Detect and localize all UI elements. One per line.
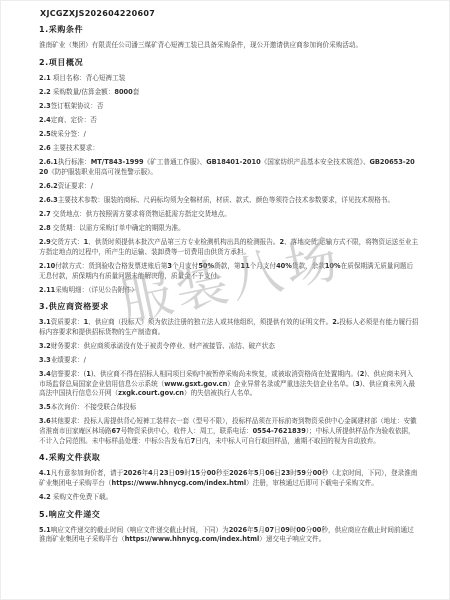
para-2-8: 2.8 交货期：以需方采购订单中确定的期限为准。 [39,224,419,234]
para-2-6-1: 2.6.1执行标准：MT/T843-1999《矿工普通工作服》、GB18401-… [39,158,419,177]
document-page: XJCGZXJS202604220607 1.采购条件 淮南矿业（集团）有限责任… [0,0,450,600]
para-2-7: 2.7 交货地点：供方按照需方要求将货物运抵需方指定交货地点。 [39,210,419,220]
para-2-10: 2.10付款方式：货到验收合格发票进账后第3个月支付50%货款，第11个月支付4… [39,262,419,281]
para-3-4: 3.4信誉要求：(1)、供应商不得在招标人相同项目采购中被暂停采购尚未恢复，或被… [39,370,419,399]
para-3-1: 3.1资质要求：1、供应商（投标人）须为依法注册的独立法人或其他组织，须提供有效… [39,318,419,337]
section-response-submission: 5.响应文件递交 5.1响应文件递交的截止时间（响应文件递交截止时间，下同）为2… [39,510,419,545]
para-2-6-3: 2.6.3主要技术参数：服装的商标、尺码标均须为全棉材质，材质、款式、颜色等须符… [39,196,419,206]
heading-project-overview: 2.项目概况 [39,58,419,68]
para-2-9: 2.9交货方式：1、供货时须提供本批次产品第三方专业检测机构出具的检测报告。2、… [39,238,419,257]
section-project-overview: 2.项目概况 2.1 项目名称：背心短裤工装 2.2 采购数量/估算金额：800… [39,58,419,296]
para-2-6: 2.6 主要技术要求： [39,144,419,154]
para-4-2: 4.2 采购文件免费下载。 [39,493,419,503]
para-3-3: 3.3业绩要求：/ [39,356,419,366]
para-2-1: 2.1 项目名称：背心短裤工装 [39,74,419,84]
para-purchase-conditions: 淮南矿业（集团）有限责任公司潘三煤矿背心短裤工装已具备采购条件，现公开邀请供应商… [39,41,419,51]
para-2-6-2: 2.6.2资证要求：/ [39,182,419,192]
para-4-1: 4.1凡有意参加询价者，请于2026年4月23日09时15分00秒至2026年5… [39,469,419,488]
section-purchase-conditions: 1.采购条件 淮南矿业（集团）有限责任公司潘三煤矿背心短裤工装已具备采购条件，现… [39,25,419,51]
para-3-6: 3.6其他要求：投标人需提供背心短裤工装样衣一套（型号不限），投标样品须在开标前… [39,417,419,446]
heading-supplier-qualifications: 3.供应商资格要求 [39,302,419,312]
section-document-acquisition: 4.采购文件获取 4.1凡有意参加询价者，请于2026年4月23日09时15分0… [39,453,419,502]
para-5-1: 5.1响应文件递交的截止时间（响应文件递交截止时间，下同）为2026年5月07日… [39,526,419,545]
para-2-11: 2.11采购明细：（详见公告附件） [39,286,419,296]
heading-response-submission: 5.响应文件递交 [39,510,419,520]
section-supplier-qualifications: 3.供应商资格要求 3.1资质要求：1、供应商（投标人）须为依法注册的独立法人或… [39,302,419,446]
para-3-5: 3.5本次询价：不接受联合体投标 [39,403,419,413]
para-2-4: 2.4定商、定价：否 [39,116,419,126]
document-number-title: XJCGZXJS202604220607 [40,9,419,18]
para-2-2: 2.2 采购数量/估算金额：8000套 [39,88,419,98]
heading-document-acquisition: 4.采购文件获取 [39,453,419,463]
para-2-5: 2.5统采分签：/ [39,130,419,140]
para-2-3: 2.3签订框架协议：否 [39,102,419,112]
heading-purchase-conditions: 1.采购条件 [39,25,419,35]
para-3-2: 3.2财务要求：供应商须承诺没有处于被责令停业、财产被接管、冻结、破产状态 [39,342,419,352]
